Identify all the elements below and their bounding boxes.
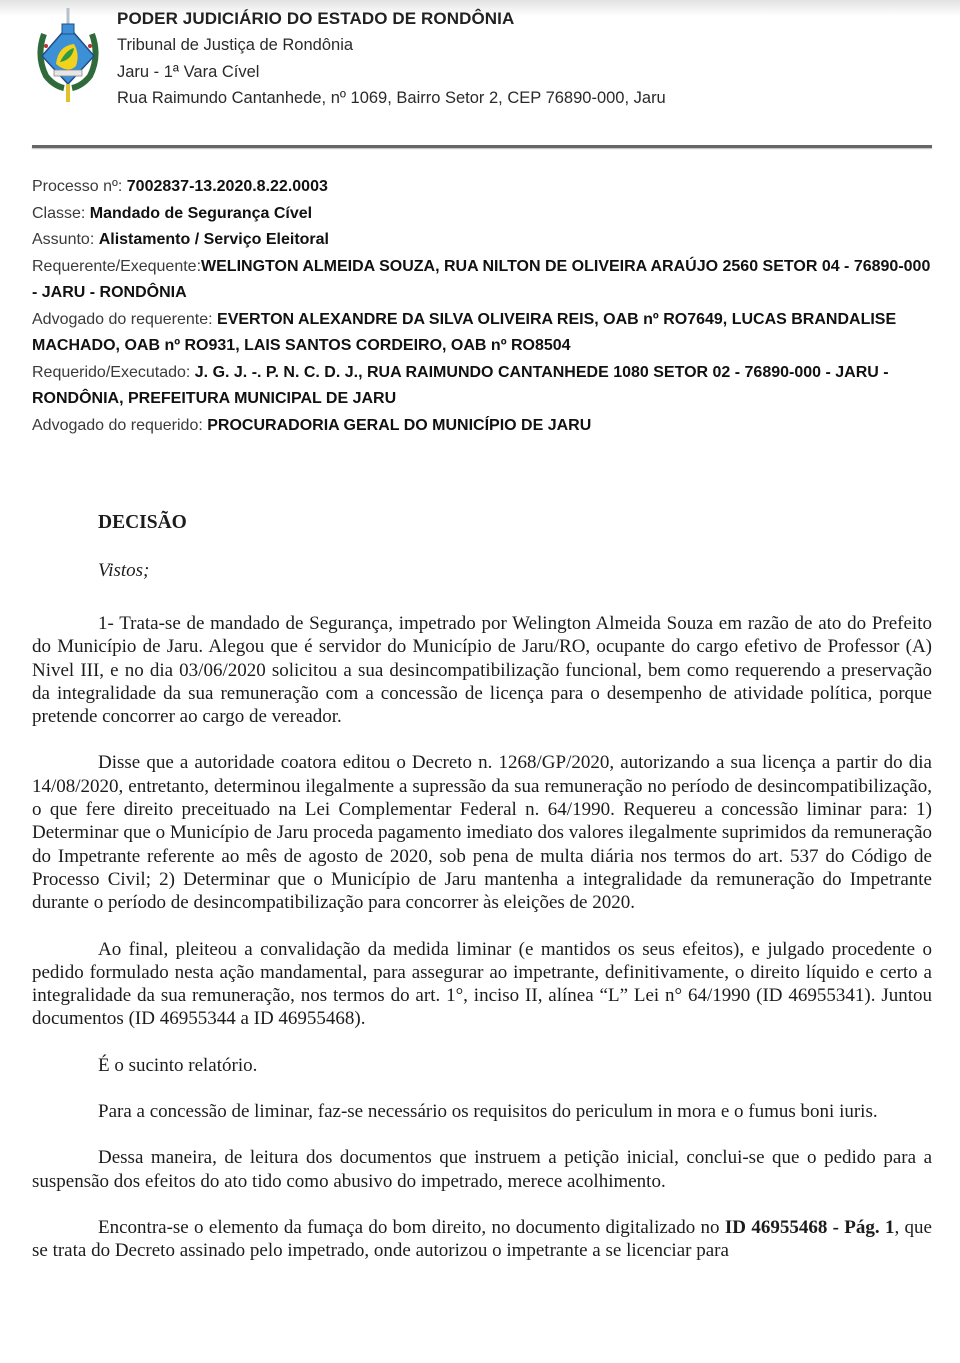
case-info: Processo nº: 7002837-13.2020.8.22.0003 C… (32, 174, 932, 439)
document-page: PODER JUDICIÁRIO DO ESTADO DE RONDÔNIA T… (0, 0, 960, 1363)
class-value: Mandado de Segurança Cível (90, 205, 312, 222)
plaintiff-lawyer-row: Advogado do requerente: EVERTON ALEXANDR… (32, 307, 932, 360)
plaintiff-lawyer-label: Advogado do requerente: (32, 311, 217, 328)
document-reference: ID 46955468 - Pág. 1 (725, 1217, 895, 1238)
subject-value: Alistamento / Serviço Eleitoral (99, 231, 329, 248)
decision-title: DECISÃO (98, 505, 932, 541)
header-divider (32, 145, 932, 148)
paragraph-2: Disse que a autoridade coatora editou o … (32, 751, 932, 914)
court-header: PODER JUDICIÁRIO DO ESTADO DE RONDÔNIA T… (117, 6, 666, 112)
plaintiff-label: Requerente/Exequente: (32, 258, 201, 275)
court-address: Rua Raimundo Cantanhede, nº 1069, Bairro… (117, 85, 666, 112)
subject-label: Assunto: (32, 231, 99, 248)
defendant-row: Requerido/Executado: J. G. J. -. P. N. C… (32, 360, 932, 413)
paragraph-7-text-a: Encontra-se o elemento da fumaça do bom … (98, 1217, 725, 1238)
paragraph-4: É o sucinto relatório. (32, 1054, 932, 1077)
court-branch: Jaru - 1ª Vara Cível (117, 59, 666, 86)
process-number: 7002837-13.2020.8.22.0003 (127, 178, 328, 195)
process-number-row: Processo nº: 7002837-13.2020.8.22.0003 (32, 174, 932, 201)
paragraph-6: Dessa maneira, de leitura dos documentos… (32, 1146, 932, 1193)
paragraph-7: Encontra-se o elemento da fumaça do bom … (32, 1216, 932, 1263)
plaintiff-row: Requerente/Exequente:WELINGTON ALMEIDA S… (32, 254, 932, 307)
paragraph-1: 1- Trata-se de mandado de Segurança, imp… (32, 612, 932, 728)
defendant-lawyer-label: Advogado do requerido: (32, 417, 207, 434)
defendant-label: Requerido/Executado: (32, 364, 195, 381)
defendant-lawyer-value: PROCURADORIA GERAL DO MUNICÍPIO DE JARU (207, 417, 591, 434)
defendant-lawyer-row: Advogado do requerido: PROCURADORIA GERA… (32, 413, 932, 440)
decision-opening: Vistos; (98, 553, 932, 589)
decision-body: DECISÃO Vistos; 1- Trata-se de mandado d… (32, 505, 932, 1263)
judiciary-name: PODER JUDICIÁRIO DO ESTADO DE RONDÔNIA (117, 6, 666, 32)
paragraph-5: Para a concessão de liminar, faz-se nece… (32, 1100, 932, 1123)
process-number-label: Processo nº: (32, 178, 127, 195)
court-name: Tribunal de Justiça de Rondônia (117, 32, 666, 59)
class-label: Classe: (32, 205, 90, 222)
subject-row: Assunto: Alistamento / Serviço Eleitoral (32, 227, 932, 254)
paragraph-3: Ao final, pleiteou a convalidação da med… (32, 938, 932, 1031)
class-row: Classe: Mandado de Segurança Cível (32, 201, 932, 228)
state-coat-of-arms-icon (34, 6, 102, 104)
